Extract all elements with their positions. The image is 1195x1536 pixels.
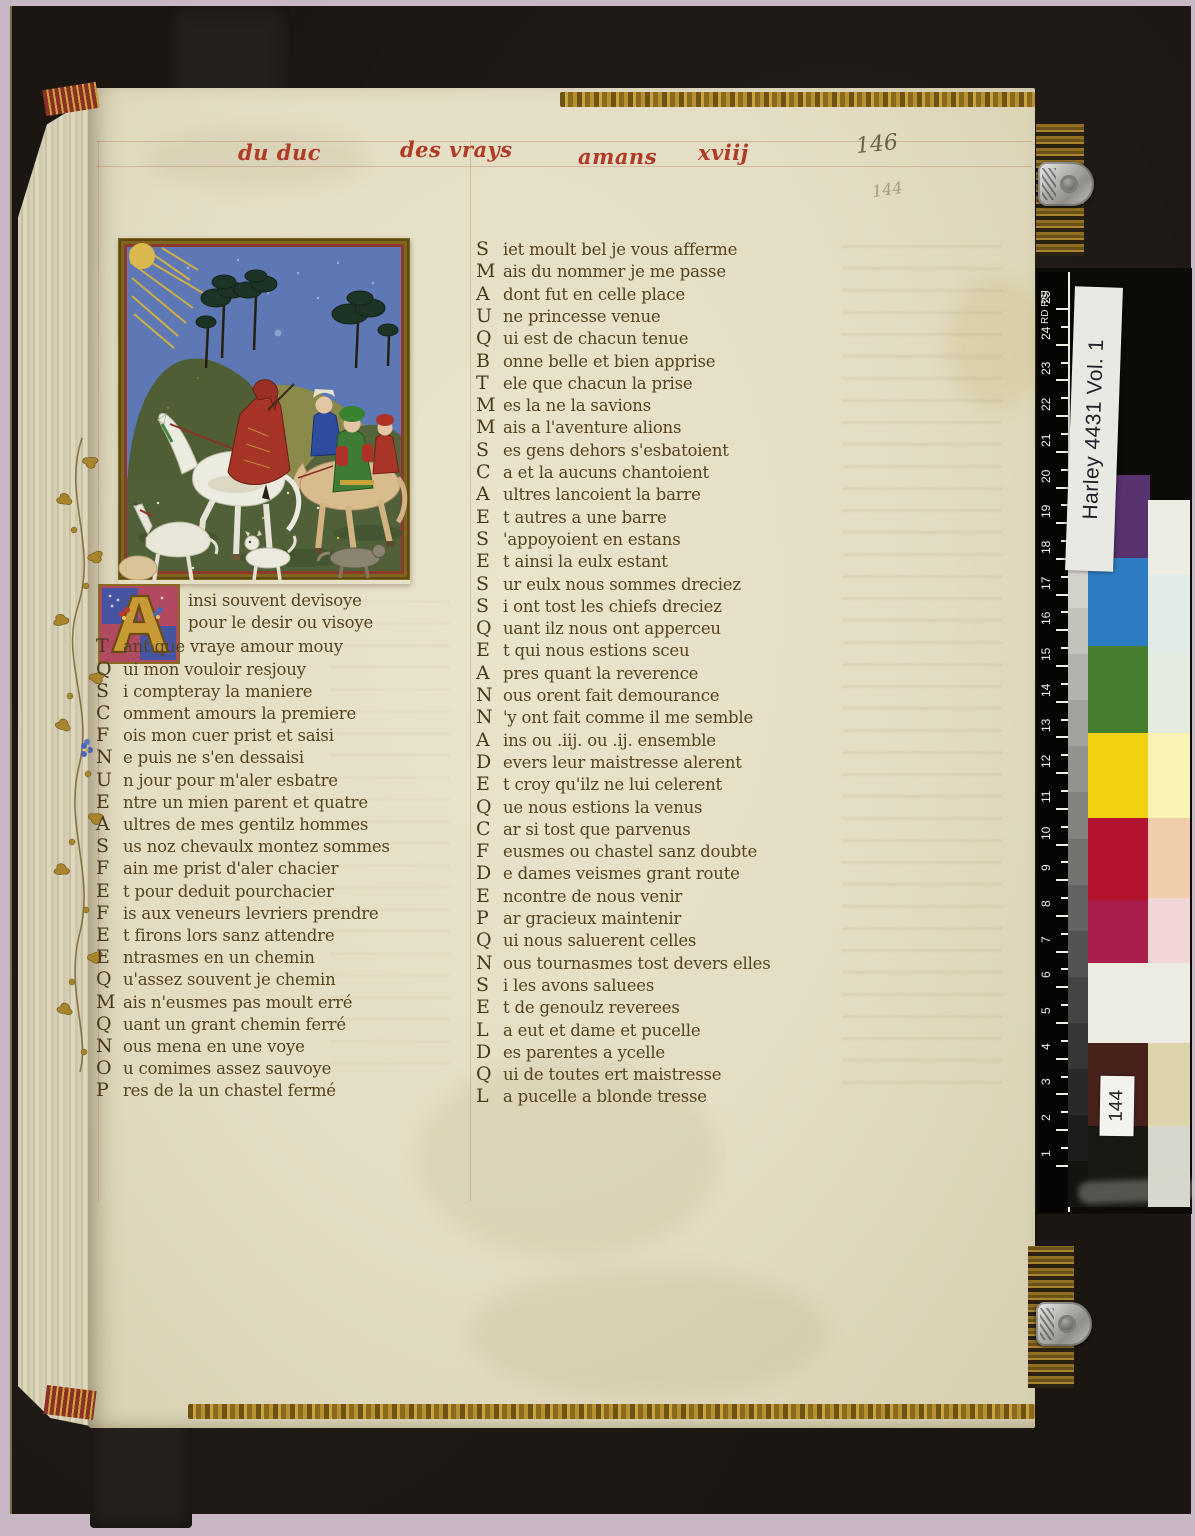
gray-step (1068, 608, 1088, 654)
verse-text: ais du nommer je me passe (503, 262, 726, 281)
verse-text: ntre un mien parent et quatre (123, 793, 368, 812)
ruler-number: 10 (1039, 818, 1056, 848)
versal-letter: S (476, 595, 503, 617)
verse-line: Des parentes a ycelle (476, 1041, 665, 1063)
verse-text: u'assez souvent je chemin (123, 970, 336, 989)
versal-letter: E (96, 924, 123, 946)
ruler-tick (1061, 1111, 1068, 1113)
verse-text: t qui nous estions sceu (503, 641, 689, 660)
ruler-number: 11 (1039, 782, 1056, 812)
verse-line: Car si tost que parvenus (476, 818, 691, 840)
versal-letter: E (476, 550, 503, 572)
verse-line: Une princesse venue (476, 305, 660, 327)
verse-text: e puis ne s'en dessaisi (123, 748, 304, 767)
ruling-line (470, 141, 471, 1201)
ruler-number: 6 (1039, 960, 1056, 990)
gray-step (1068, 1115, 1088, 1161)
verse-text: 'y ont fait comme il me semble (503, 708, 753, 727)
versal-letter: P (96, 1079, 123, 1101)
verse-line: De dames veismes grant route (476, 862, 740, 884)
show-through-text (842, 245, 1002, 1085)
versal-letter: U (96, 769, 123, 791)
verse-text: insi souvent devisoye (188, 591, 362, 610)
ruler-tick (1056, 1022, 1068, 1024)
verse-line: Mais n'eusmes pas moult erré (96, 991, 352, 1013)
ruler-tick (1061, 611, 1068, 613)
ruler-tick (1061, 469, 1068, 471)
ruler-number: 7 (1039, 925, 1056, 955)
verse-line: Adont fut en celle place (476, 283, 685, 305)
ruler-tick (1061, 754, 1068, 756)
ruler-tick (1061, 576, 1068, 578)
versal-letter: E (476, 996, 503, 1018)
ruler-tick (1061, 362, 1068, 364)
versal-letter: S (476, 528, 503, 550)
verse-text: ois mon cuer prist et saisi (123, 726, 334, 745)
verse-text: ultres de mes gentilz hommes (123, 815, 368, 834)
versal-letter: N (96, 1035, 123, 1057)
rubric-numeral: xviij (698, 140, 749, 165)
verse-line: Si compteray la maniere (96, 680, 312, 702)
ruler-tick (1056, 451, 1068, 453)
verse-text: eusmes ou chastel sanz doubte (503, 842, 757, 861)
ruler-tick (1056, 915, 1068, 917)
verse-text: 'appoyoient en estans (503, 530, 680, 549)
verse-text: onne belle et bien apprise (503, 352, 715, 371)
verse-line: Et de genoulz reverees (476, 996, 680, 1018)
color-patch-peach (1148, 818, 1190, 898)
versal-letter: Q (476, 617, 503, 639)
gray-step (1068, 654, 1088, 700)
versal-letter: F (96, 902, 123, 924)
ruler-tick (1056, 344, 1068, 346)
versal-letter: S (96, 835, 123, 857)
versal-letter: E (96, 880, 123, 902)
verse-line: Mais du nommer je me passe (476, 260, 726, 282)
verse-line: Qui est de chacun tenue (476, 327, 688, 349)
verse-line: Sur eulx nous sommes dreciez (476, 573, 741, 595)
versal-letter: Q (96, 968, 123, 990)
ruler-number: 18 (1039, 532, 1056, 562)
versal-letter: D (476, 862, 503, 884)
versal-letter: L (476, 1019, 503, 1041)
verse-line: Comment amours la premiere (96, 702, 356, 724)
versal-letter: A (476, 483, 503, 505)
manuscript-photo: du duc des vrays amans xviij 146 144 (0, 0, 1195, 1536)
verse-line: Entrasmes en un chemin (96, 946, 315, 968)
ruler-tick (1056, 594, 1068, 596)
versal-letter: C (96, 702, 123, 724)
rubric-amans: amans (578, 144, 657, 169)
versal-letter: Q (476, 327, 503, 349)
verse-line: Si ont tost les chiefs dreciez (476, 595, 722, 617)
versal-letter: Q (476, 929, 503, 951)
rubric-des-vrays: des vrays (400, 137, 513, 162)
ruler-tick (1061, 719, 1068, 721)
versal-letter: F (476, 840, 503, 862)
frame-edge-line (10, 6, 12, 1514)
verse-line: Qui nous saluerent celles (476, 929, 696, 951)
gray-step (1068, 977, 1088, 1023)
ruler-tick (1056, 629, 1068, 631)
verse-line: Pres de la un chastel fermé (96, 1079, 336, 1101)
verse-line: Feusmes ou chastel sanz doubte (476, 840, 757, 862)
ruler-tick (1061, 933, 1068, 935)
verse-text: dont fut en celle place (503, 285, 685, 304)
verse-text: es gens dehors s'esbatoient (503, 441, 729, 460)
ruler-tick (1061, 897, 1068, 899)
ruler-tick (1056, 415, 1068, 417)
verse-text: ncontre de nous venir (503, 887, 682, 906)
versal-letter: O (96, 1057, 123, 1079)
ruler-number: 1 (1039, 1139, 1056, 1169)
ruler-tick (1061, 397, 1068, 399)
rubric-du-duc: du duc (238, 140, 321, 165)
versal-letter: S (96, 680, 123, 702)
verse-line: Et croy qu'ilz ne lui celerent (476, 773, 722, 795)
verse-text: es la ne la savions (503, 396, 651, 415)
ruler-number: 2 (1039, 1103, 1056, 1133)
ruler-tick (1056, 701, 1068, 703)
verse-text: ous tournasmes tost devers elles (503, 954, 770, 973)
verse-text: uant ilz nous ont apperceu (503, 619, 721, 638)
verse-line: Ne puis ne s'en dessaisi (96, 746, 304, 768)
verse-text: ue nous estions la venus (503, 798, 702, 817)
ruler-tick (1056, 1058, 1068, 1060)
book-clasp-top (1038, 162, 1094, 206)
verse-text: ui est de chacun tenue (503, 329, 688, 348)
verse-text: t firons lors sanz attendre (123, 926, 334, 945)
verse-text: ur eulx nous sommes dreciez (503, 575, 741, 594)
verse-line: Sus noz chevaulx montez sommes (96, 835, 390, 857)
verse-line: Tant que vraye amour mouy (96, 635, 343, 657)
verse-text: ui nous saluerent celles (503, 931, 696, 950)
verse-line: Fis aux veneurs levriers prendre (96, 902, 378, 924)
color-patch-green (1088, 646, 1150, 733)
verse-text: is aux veneurs levriers prendre (123, 904, 378, 923)
verse-line: Aultres de mes gentilz hommes (96, 813, 368, 835)
verse-text: ous orent fait demourance (503, 686, 719, 705)
gray-step (1068, 746, 1088, 792)
verse-line: Par gracieux maintenir (476, 907, 681, 929)
verse-line: Fain me prist d'aler chacier (96, 857, 338, 879)
ruler-tick (1061, 1004, 1068, 1006)
versal-letter: E (476, 639, 503, 661)
verse-text: u comimes assez sauvoye (123, 1059, 331, 1078)
verse-text: n jour pour m'aler esbatre (123, 771, 338, 790)
ruler-number: 9 (1039, 853, 1056, 883)
ruler-number: 21 (1039, 425, 1056, 455)
hunting-party-miniature (118, 238, 410, 584)
ruler-tick (1061, 326, 1068, 328)
versal-letter: C (476, 818, 503, 840)
ruler-tick (1056, 1093, 1068, 1095)
gray-step (1068, 885, 1088, 931)
ruler-number: 22 (1039, 389, 1056, 419)
verse-line: Qui mon vouloir resjouy (96, 658, 306, 680)
verse-line: S'appoyoient en estans (476, 528, 680, 550)
verse-text: e dames veismes grant route (503, 864, 740, 883)
versal-letter: Q (476, 796, 503, 818)
verse-line: Mes la ne la savions (476, 394, 651, 416)
verse-text: uant un grant chemin ferré (123, 1015, 346, 1034)
verse-text: iet moult bel je vous afferme (503, 240, 737, 259)
parchment-stain (468, 1268, 828, 1398)
verse-line: Ou comimes assez sauvoye (96, 1057, 331, 1079)
verse-text: es parentes a ycelle (503, 1043, 665, 1062)
verse-text: t autres a une barre (503, 508, 667, 527)
ruler-number: 17 (1039, 568, 1056, 598)
versal-letter: M (476, 394, 503, 416)
versal-letter: F (96, 857, 123, 879)
verse-text: evers leur maistresse alerent (503, 753, 742, 772)
ruler-tick (1061, 1040, 1068, 1042)
verse-line: Nous mena en une voye (96, 1035, 305, 1057)
versal-letter: A (476, 283, 503, 305)
verse-line: Et ainsi la eulx estant (476, 550, 668, 572)
verse-text: t de genoulz reverees (503, 998, 680, 1017)
verse-text: ar gracieux maintenir (503, 909, 681, 928)
book-clasp-bottom (1036, 1302, 1092, 1346)
verse-text: omment amours la premiere (123, 704, 356, 723)
versal-letter: S (476, 238, 503, 260)
versal-letter: M (96, 991, 123, 1013)
gray-step (1068, 839, 1088, 885)
versal-letter: E (96, 791, 123, 813)
verse-text: a pucelle a blonde tresse (503, 1087, 707, 1106)
verse-line: Apres quant la reverence (476, 662, 698, 684)
verse-line: Aultres lancoient la barre (476, 483, 701, 505)
verse-text: ais a l'aventure alions (503, 418, 681, 437)
gray-step (1068, 700, 1088, 746)
ruler-number: 4 (1039, 1032, 1056, 1062)
verse-line: Mais a l'aventure alions (476, 416, 681, 438)
verse-line: Nous tournasmes tost devers elles (476, 952, 770, 974)
ruler-number: 3 (1039, 1067, 1056, 1097)
versal-letter: E (476, 773, 503, 795)
verse-line: Quant ilz nous ont apperceu (476, 617, 721, 639)
ruler-scale: 2524232221201918171615141312111098765432… (1038, 272, 1070, 1212)
verse-text: t pour deduit pourchacier (123, 882, 334, 901)
verse-line: insi souvent devisoye (96, 591, 362, 610)
versal-letter: D (476, 751, 503, 773)
verse-text: i compteray la maniere (123, 682, 312, 701)
ruler-tick (1056, 879, 1068, 881)
ruler-number: 12 (1039, 746, 1056, 776)
verse-line: Devers leur maistresse alerent (476, 751, 742, 773)
ruler-number: 23 (1039, 353, 1056, 383)
versal-letter: C (476, 461, 503, 483)
versal-letter: D (476, 1041, 503, 1063)
left-column: insi souvent devisoyepour le desir ou vi… (96, 591, 456, 1111)
miniature-scene (119, 243, 405, 580)
verse-line: N'y ont fait comme il me semble (476, 706, 753, 728)
verse-line: Ca et la aucuns chantoient (476, 461, 709, 483)
color-patch-crimson (1088, 818, 1150, 901)
endband-bottom (43, 1385, 96, 1420)
ruler-tick (1061, 647, 1068, 649)
verse-text: ar si tost que parvenus (503, 820, 691, 839)
sun-icon (129, 243, 155, 269)
verse-line: Fois mon cuer prist et saisi (96, 724, 334, 746)
versal-letter: U (476, 305, 503, 327)
verse-line: Ses gens dehors s'esbatoient (476, 439, 729, 461)
gray-step (1068, 931, 1088, 977)
ruler-tick (1056, 951, 1068, 953)
folio-sticker-label: 144 (1099, 1076, 1134, 1137)
verse-line: Ains ou .iij. ou .ij. ensemble (476, 729, 716, 751)
verse-text: t croy qu'ilz ne lui celerent (503, 775, 722, 794)
verse-text: res de la un chastel fermé (123, 1081, 336, 1100)
versal-letter: M (476, 260, 503, 282)
ruler-tick (1056, 808, 1068, 810)
tape-smudge (1078, 1178, 1195, 1204)
shelfmark-label: Harley 4431 Vol. 1 (1065, 286, 1123, 572)
folio-number-ink: 146 (855, 130, 899, 159)
verse-text: ntrasmes en un chemin (123, 948, 315, 967)
ruler-tick (1061, 1076, 1068, 1078)
ruler-number: 15 (1039, 639, 1056, 669)
versal-letter: A (476, 662, 503, 684)
verse-text: i les avons saluees (503, 976, 654, 995)
color-patch-pale-pink (1148, 898, 1190, 963)
gray-step (1068, 792, 1088, 838)
ruler-tick (1056, 665, 1068, 667)
versal-letter: N (476, 684, 503, 706)
verse-line: Qu'assez souvent je chemin (96, 968, 336, 990)
versal-letter: S (476, 573, 503, 595)
ruler-tick (1056, 379, 1068, 381)
verse-line: Siet moult bel je vous afferme (476, 238, 737, 260)
ruler-tick (1061, 861, 1068, 863)
ruler-tick (1061, 968, 1068, 970)
ruler-number: 13 (1039, 710, 1056, 740)
versal-letter: L (476, 1085, 503, 1107)
verse-text: i ont tost les chiefs dreciez (503, 597, 722, 616)
versal-letter: Q (96, 1013, 123, 1035)
verse-text: us noz chevaulx montez sommes (123, 837, 390, 856)
versal-letter: A (476, 729, 503, 751)
versal-letter: Q (476, 1063, 503, 1085)
versal-letter: E (96, 946, 123, 968)
versal-letter: S (476, 439, 503, 461)
ruler-tick (1056, 308, 1068, 310)
versal-letter: T (96, 635, 123, 657)
color-patch-pale-yellow (1148, 733, 1190, 818)
versal-letter: F (96, 724, 123, 746)
verse-line: Quant un grant chemin ferré (96, 1013, 346, 1035)
gold-tooled-bottom-edge (188, 1404, 1035, 1419)
color-patch-white-wide (1088, 963, 1190, 1043)
verse-line: Encontre de nous venir (476, 885, 682, 907)
ruler-tick (1061, 683, 1068, 685)
ruler-number: 8 (1039, 889, 1056, 919)
color-patch-yellow (1088, 733, 1150, 818)
ruler-tick (1056, 772, 1068, 774)
verse-line: Et autres a une barre (476, 506, 667, 528)
ruler-header-label: RD RSI (1040, 276, 1056, 324)
ruler-tick (1056, 487, 1068, 489)
verse-line: Si les avons saluees (476, 974, 654, 996)
shelfmark-text: Harley 4431 Vol. 1 (1079, 338, 1109, 519)
ruler-tick (1056, 1165, 1068, 1167)
versal-letter: Q (96, 658, 123, 680)
ruler-number: 5 (1039, 996, 1056, 1026)
verse-text: ais n'eusmes pas moult erré (123, 993, 352, 1012)
tan-dog (119, 556, 157, 580)
gray-step (1068, 1069, 1088, 1115)
verse-text: ain me prist d'aler chacier (123, 859, 338, 878)
color-patch-pale-white (1148, 500, 1190, 575)
ruling-line (96, 166, 1032, 167)
gold-balls (67, 527, 91, 1055)
versal-letter: A (96, 813, 123, 835)
color-patch-magenta (1088, 901, 1150, 963)
verse-text: a eut et dame et pucelle (503, 1021, 700, 1040)
verse-text: ne princesse venue (503, 307, 660, 326)
verse-text: a et la aucuns chantoient (503, 463, 709, 482)
verse-line: Bonne belle et bien apprise (476, 350, 715, 372)
versal-letter: N (96, 746, 123, 768)
verse-line: Que nous estions la venus (476, 796, 702, 818)
color-patch-tan (1148, 1043, 1190, 1126)
versal-letter: P (476, 907, 503, 929)
verse-text: ele que chacun la prise (503, 374, 692, 393)
ruler-tick (1056, 1129, 1068, 1131)
verse-text: ant que vraye amour mouy (123, 637, 343, 656)
verse-text: ous mena en une voye (123, 1037, 305, 1056)
versal-letter: M (476, 416, 503, 438)
versal-letter: B (476, 350, 503, 372)
color-patch-pale-green (1148, 652, 1190, 733)
verse-line: La eut et dame et pucelle (476, 1019, 700, 1041)
verse-line: Et qui nous estions sceu (476, 639, 689, 661)
versal-letter: E (476, 885, 503, 907)
versal-letter: T (476, 372, 503, 394)
verse-text: ui de toutes ert maistresse (503, 1065, 721, 1084)
verse-line: Nous orent fait demourance (476, 684, 719, 706)
verse-line: Et pour deduit pourchacier (96, 880, 334, 902)
versal-letter: N (476, 706, 503, 728)
verse-line: Entre un mien parent et quatre (96, 791, 368, 813)
ruler-number: 16 (1039, 603, 1056, 633)
ruler-tick (1056, 844, 1068, 846)
right-column: Siet moult bel je vous affermeMais du no… (476, 238, 856, 1118)
ruler-number: 14 (1039, 675, 1056, 705)
versal-letter: E (476, 506, 503, 528)
ruler-tick (1061, 1147, 1068, 1149)
verse-text: ins ou .iij. ou .ij. ensemble (503, 731, 716, 750)
verse-text: ui mon vouloir resjouy (123, 660, 306, 679)
verse-line: La pucelle a blonde tresse (476, 1085, 707, 1107)
versal-letter: S (476, 974, 503, 996)
verse-text: pres quant la reverence (503, 664, 698, 683)
verse-line: Tele que chacun la prise (476, 372, 692, 394)
grayscale-wedge (1068, 470, 1088, 1207)
verse-line: Qui de toutes ert maistresse (476, 1063, 721, 1085)
verse-text: t ainsi la eulx estant (503, 552, 668, 571)
verse-line: Et firons lors sanz attendre (96, 924, 334, 946)
verse-line: Un jour pour m'aler esbatre (96, 769, 338, 791)
ruler-tick (1061, 790, 1068, 792)
gold-tooled-top-edge (560, 92, 1035, 107)
verse-line: pour le desir ou visoye (96, 613, 373, 632)
ruler-tick (1056, 736, 1068, 738)
ruler-number: 20 (1039, 461, 1056, 491)
ruler-number: 19 (1039, 496, 1056, 526)
color-patch-pale-blue (1148, 575, 1190, 652)
ruler-tick (1061, 826, 1068, 828)
